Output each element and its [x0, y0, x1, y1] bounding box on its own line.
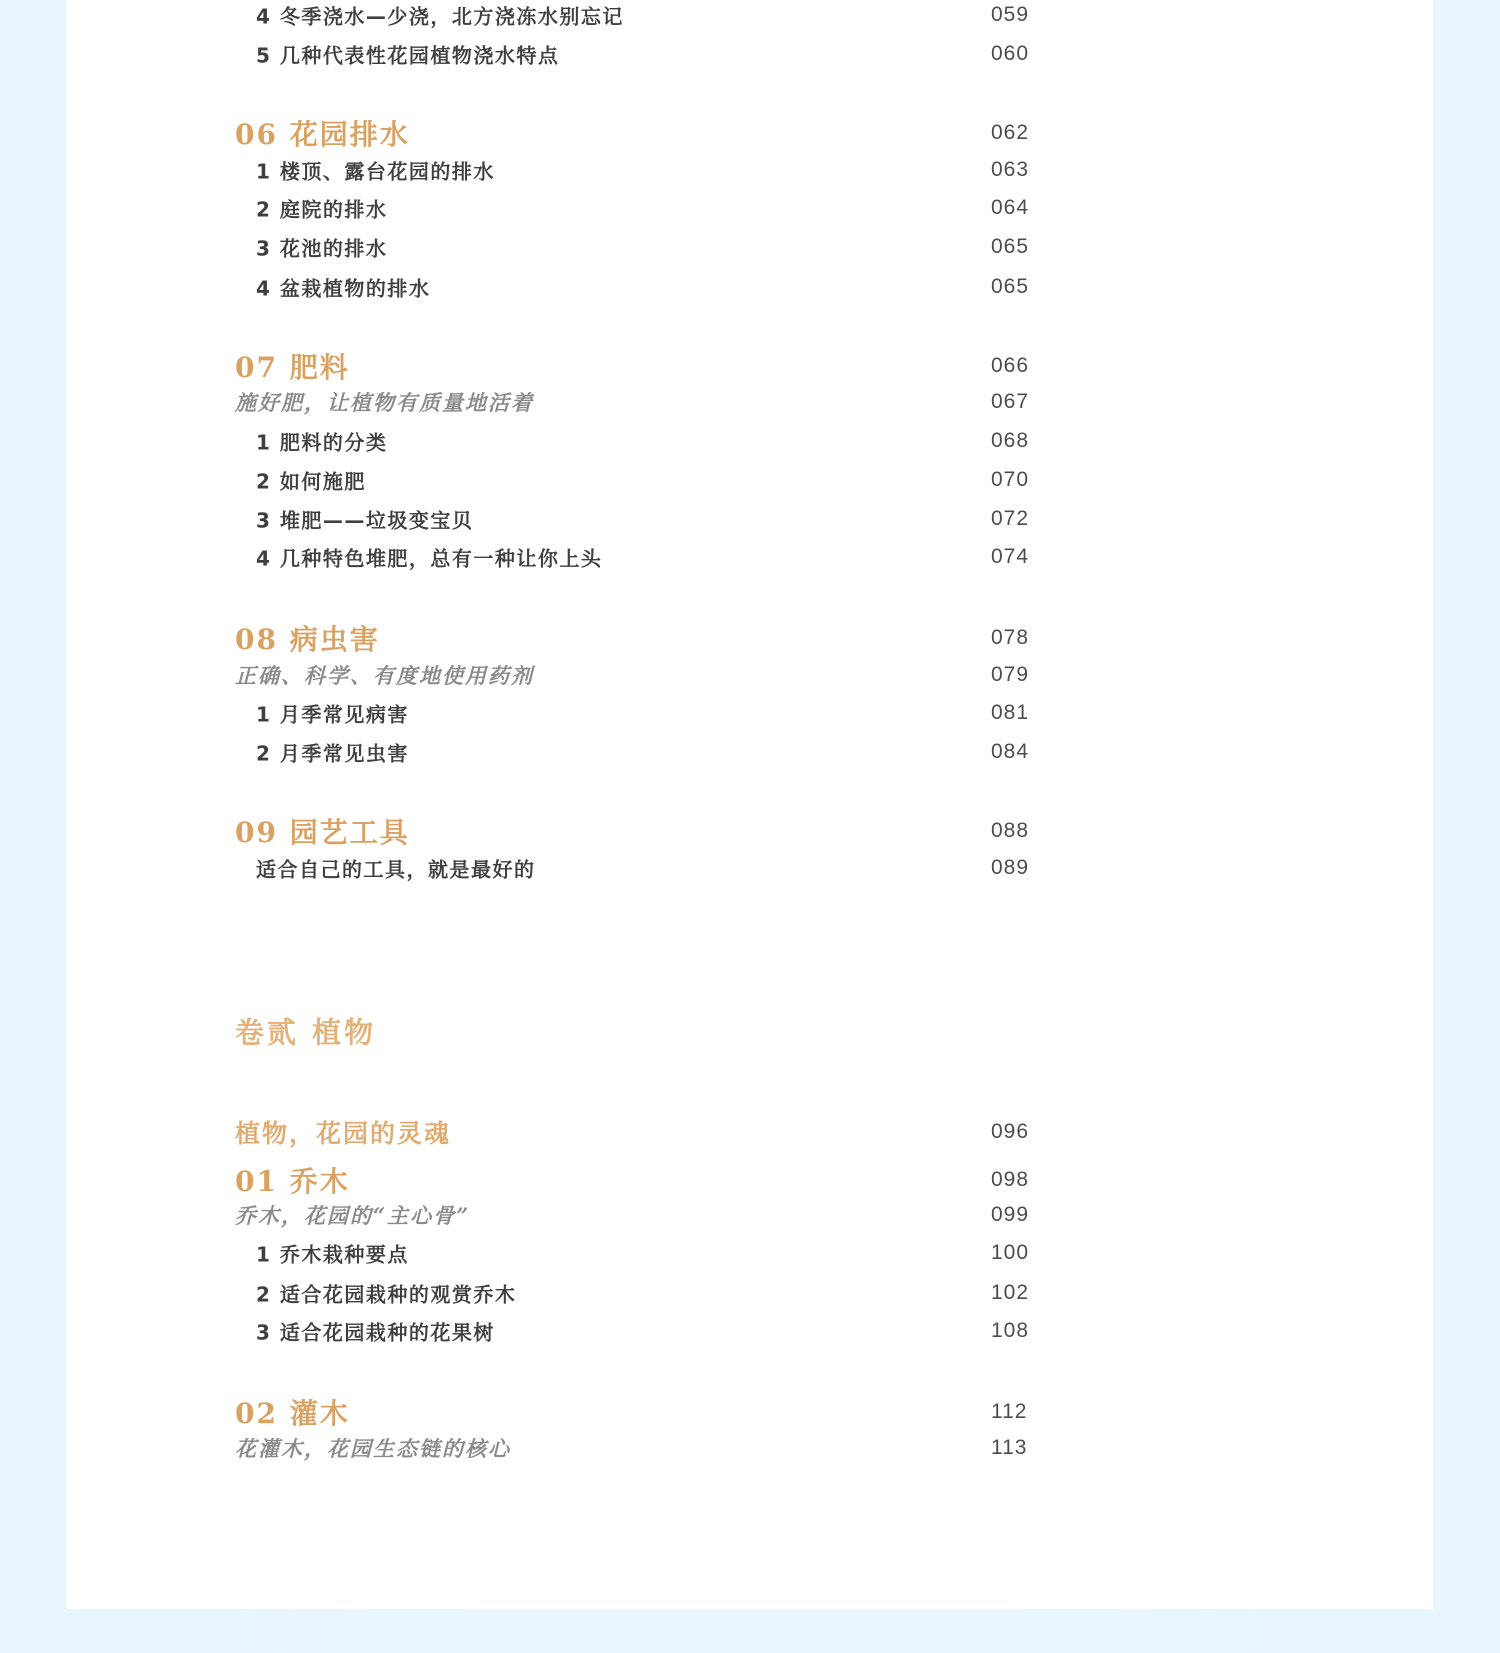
chapter-title: 09 园艺工具: [235, 811, 410, 851]
toc-entry-page-number: 062: [991, 121, 1029, 145]
toc-entry-title: 1 月季常见病害: [256, 699, 409, 728]
toc-entry-page-number: 099: [991, 1203, 1029, 1227]
chapter-title: 08 病虫害: [235, 618, 380, 658]
chapter-subtitle: 乔木，花园的“主心骨”: [235, 1200, 470, 1230]
toc-entry-title: 3 花池的排水: [256, 233, 387, 262]
toc-entry-page-number: 060: [991, 42, 1029, 66]
toc-entry-title: 4 几种特色堆肥，总有一种让你上头: [256, 543, 602, 572]
toc-entry-page-number: 066: [991, 354, 1029, 378]
toc-entry-page-number: 112: [991, 1400, 1027, 1424]
toc-entry-title: 3 适合花园栽种的花果树: [256, 1317, 495, 1346]
volume-title: 卷贰 植物: [235, 1011, 376, 1052]
section-intro-title: 植物，花园的灵魂: [235, 1114, 451, 1150]
toc-entry-page-number: 059: [991, 3, 1029, 27]
toc-entry-page-number: 074: [991, 545, 1029, 569]
toc-entry-title: 5 几种代表性花园植物浇水特点: [256, 40, 559, 69]
toc-entry-title: 2 适合花园栽种的观赏乔木: [256, 1279, 516, 1308]
toc-page: 4 冬季浇水—少浇，北方浇冻水别忘记 059 5 几种代表性花园植物浇水特点 0…: [66, 0, 1433, 1609]
toc-entry-title: 2 如何施肥: [256, 466, 366, 495]
toc-entry-page-number: 070: [991, 468, 1029, 492]
toc-entry-page-number: 072: [991, 507, 1029, 531]
toc-entry-page-number: 113: [991, 1436, 1027, 1460]
toc-entry-title: 1 楼顶、露台花园的排水: [256, 156, 495, 185]
toc-entry-title: 1 肥料的分类: [256, 427, 387, 456]
toc-entry-page-number: 079: [991, 663, 1029, 687]
toc-entry-title: 1 乔木栽种要点: [256, 1239, 409, 1268]
toc-entry-page-number: 089: [991, 856, 1029, 880]
chapter-subtitle: 施好肥，让植物有质量地活着: [235, 387, 534, 417]
toc-entry-page-number: 100: [991, 1241, 1029, 1265]
toc-entry-page-number: 063: [991, 158, 1029, 182]
chapter-title: 02 灌木: [235, 1392, 350, 1432]
toc-entry-page-number: 088: [991, 819, 1029, 843]
toc-entry-title: 2 庭院的排水: [256, 194, 387, 223]
chapter-title: 06 花园排水: [235, 113, 410, 153]
chapter-subtitle: 正确、科学、有度地使用药剂: [235, 660, 534, 690]
toc-entry-page-number: 098: [991, 1168, 1029, 1192]
toc-entry-page-number: 078: [991, 626, 1029, 650]
toc-entry-page-number: 081: [991, 701, 1029, 725]
toc-entry-page-number: 068: [991, 429, 1029, 453]
toc-entry-page-number: 065: [991, 275, 1029, 299]
toc-entry-page-number: 065: [991, 235, 1029, 259]
toc-entry-title: 4 盆栽植物的排水: [256, 273, 430, 302]
toc-entry-title: 2 月季常见虫害: [256, 738, 409, 767]
toc-entry-title: 3 堆肥——垃圾变宝贝: [256, 505, 473, 534]
chapter-title: 07 肥料: [235, 346, 350, 386]
chapter-title: 01 乔木: [235, 1160, 350, 1200]
toc-entry-page-number: 067: [991, 390, 1029, 414]
chapter-subtitle: 花灌木，花园生态链的核心: [235, 1433, 511, 1463]
toc-entry-page-number: 084: [991, 740, 1029, 764]
toc-entry-title: 适合自己的工具，就是最好的: [256, 854, 536, 883]
toc-entry-page-number: 096: [991, 1120, 1029, 1144]
toc-entry-page-number: 064: [991, 196, 1029, 220]
toc-entry-page-number: 102: [991, 1281, 1029, 1305]
toc-entry-title: 4 冬季浇水—少浇，北方浇冻水别忘记: [256, 1, 624, 30]
toc-entry-page-number: 108: [991, 1319, 1029, 1343]
